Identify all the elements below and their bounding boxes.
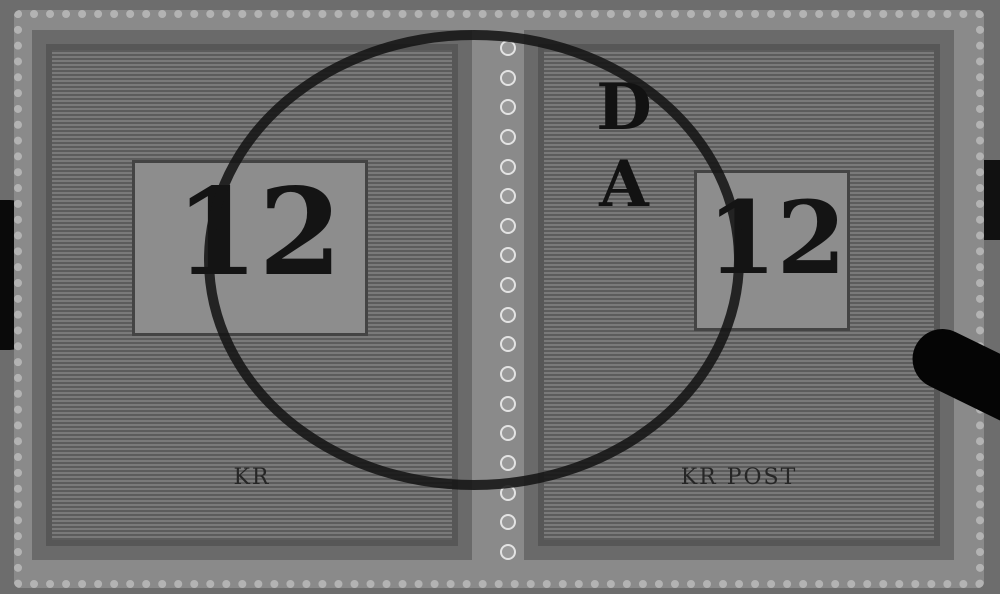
postmark-letters: D A [574, 70, 674, 390]
stamp-pair: 12 KR 12 KR POST D A [14, 10, 984, 588]
stamp-inscription: KR POST [524, 465, 954, 490]
